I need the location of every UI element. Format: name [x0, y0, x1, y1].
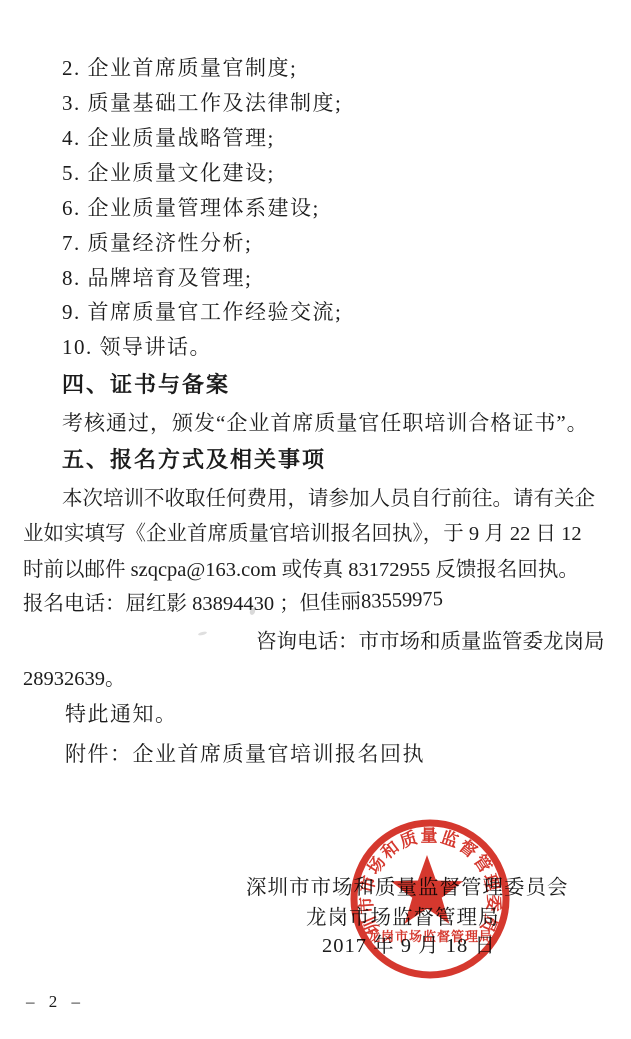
page-number: – 2 – — [26, 992, 85, 1012]
consult-phone-number: 28932639。 — [23, 666, 126, 692]
phone-line: 报名电话：屈红影 83894430 ；但佳丽83559975 — [23, 591, 443, 617]
phone-line-part2: 但佳丽83559975 — [299, 586, 443, 617]
paragraph-line-3: 时前以邮件 szqcpa@163.com 或传真 83172955 反馈报名回执… — [23, 557, 579, 583]
seal-star-icon — [391, 855, 463, 924]
list-item-7: 7. 质量经济性分析; — [62, 230, 252, 256]
section-heading-4: 四、证书与备案 — [62, 372, 230, 398]
phone-line-part1: 报名电话：屈红影 83894430 ； — [23, 593, 300, 615]
section-heading-5: 五、报名方式及相关事项 — [62, 447, 326, 473]
consult-phone-line: 咨询电话：市市场和质量监管委龙岗局 — [256, 629, 605, 655]
list-item-4: 4. 企业质量战略管理; — [62, 125, 275, 151]
list-item-3: 3. 质量基础工作及法律制度; — [62, 90, 342, 116]
list-item-2: 2. 企业首席质量官制度; — [62, 55, 297, 81]
list-item-6: 6. 企业质量管理体系建设; — [62, 195, 320, 221]
list-item-8: 8. 品牌培育及管理; — [62, 265, 252, 291]
list-item-5: 5. 企业质量文化建设; — [62, 160, 275, 186]
list-item-10: 10. 领导讲话。 — [62, 334, 212, 360]
paragraph-line-2: 业如实填写《企业首席质量官培训报名回执》，于 9 月 22 日 12 — [23, 521, 582, 547]
document-page: 2. 企业首席质量官制度; 3. 质量基础工作及法律制度; 4. 企业质量战略管… — [0, 0, 631, 1039]
certificate-paragraph: 考核通过，颁发“企业首席质量官任职培训合格证书”。 — [62, 410, 589, 436]
list-item-9: 9. 首席质量官工作经验交流; — [62, 299, 342, 325]
scan-artifact — [198, 631, 207, 636]
seal-bottom-text: 龙岗市场监督管理局 — [367, 929, 493, 944]
paragraph-line-1: 本次培训不收取任何费用，请参加人员自行前往。请有关企 — [62, 486, 595, 512]
official-seal: 深圳市市场和质量监督管理委员会 龙岗市场监督管理局 — [345, 813, 515, 985]
notice-closing: 特此通知。 — [65, 701, 178, 727]
attachment-line: 附件：企业首席质量官培训报名回执 — [65, 741, 425, 767]
